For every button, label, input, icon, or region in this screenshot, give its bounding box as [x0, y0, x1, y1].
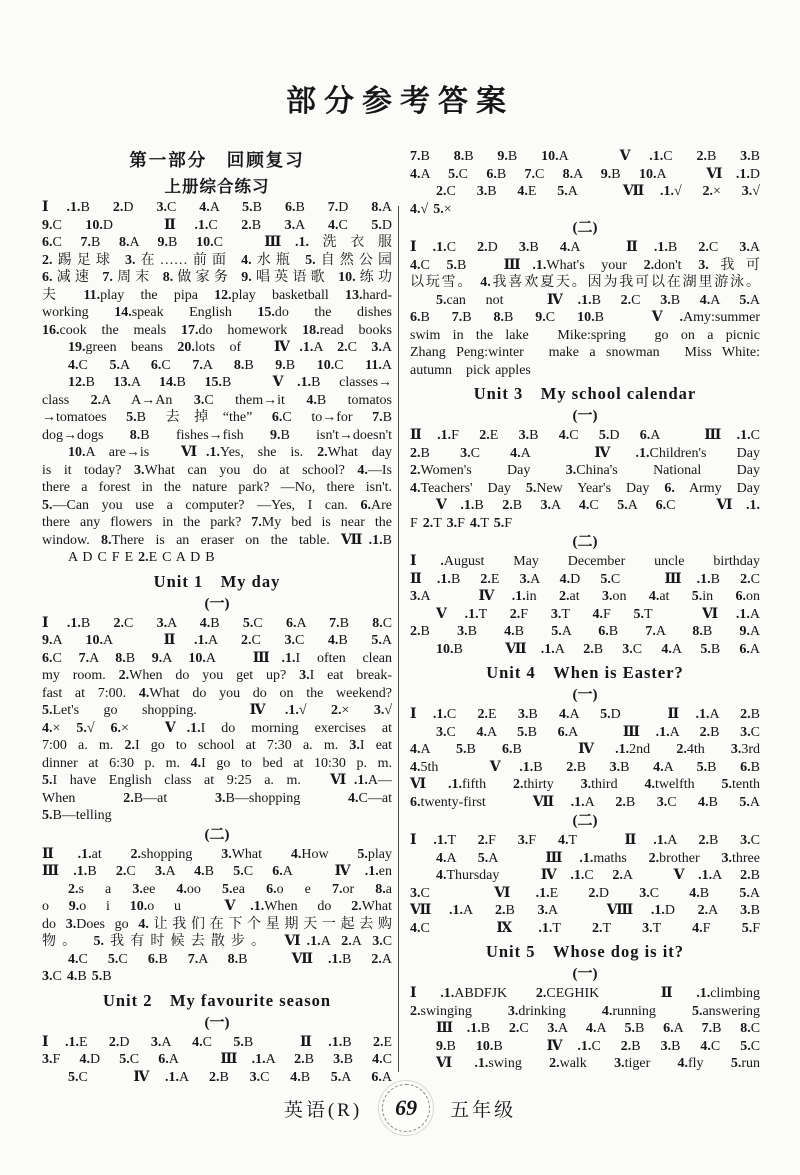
- subsection-heading: (二): [410, 811, 760, 832]
- answer-line: class 2.A A→An 3.C them→it 4.B tomatos: [42, 392, 392, 410]
- answer-line: Ⅰ.1.T 2.F 3.F 4.T Ⅱ.1.A 2.B 3.C: [410, 832, 760, 850]
- answer-line: 4.A 5.B 6.B Ⅳ.1.2nd 2.4th 3.3rd: [410, 741, 760, 759]
- answer-line: →tomatoes 5.B 去掉“the” 6.C to→for 7.B: [42, 409, 392, 427]
- answer-line: 5.I have English class at 9:25 a. m. Ⅵ.1…: [42, 772, 392, 790]
- page-number-badge: 69: [382, 1084, 430, 1132]
- answer-line: 3.C 4.B 5.B: [42, 968, 392, 986]
- answer-line: 夫 11.play the pipa 12.play basketball 13…: [42, 287, 392, 305]
- answer-line: 4.5th Ⅴ.1.B 2.B 3.B 4.A 5.B 6.B: [410, 759, 760, 777]
- page-title: 部分参考答案: [0, 76, 800, 120]
- answer-line: Ⅲ.1.B 2.C 3.A 4.B 5.C 6.A Ⅳ.1.en: [42, 863, 392, 881]
- answer-line: Ⅴ.1.B 2.B 3.A 4.C 5.A 6.C Ⅵ.1.: [410, 497, 760, 515]
- answer-line: Ⅱ.1.at 2.shopping 3.What 4.How 5.play: [42, 846, 392, 864]
- answer-line: there a forest in the nature park? —No, …: [42, 479, 392, 497]
- subsection-heading: (二): [42, 825, 392, 846]
- answer-line: do 3.Does go 4.让我们在下个星期天一起去购: [42, 916, 392, 934]
- subsection-heading: (一): [42, 594, 392, 615]
- answer-line: window. 8.There is an eraser on the tabl…: [42, 532, 392, 550]
- answer-line: 10.A are→is Ⅵ.1.Yes, she is. 2.What day: [42, 444, 392, 462]
- answer-line: 9.A 10.A Ⅱ.1.A 2.C 3.C 4.B 5.A: [42, 632, 392, 650]
- answer-line: dinner at 6:30 p. m. 4.I go to bed at 10…: [42, 755, 392, 773]
- answer-line: F 2.T 3.F 4.T 5.F: [410, 515, 760, 533]
- answer-line: dog→dogs 8.B fishes→fish 9.B isn't→doesn…: [42, 427, 392, 445]
- answer-line: Ⅲ.1.B 2.C 3.A 4.A 5.B 6.A 7.B 8.C: [410, 1020, 760, 1038]
- unit-heading: Unit 5 Whose dog is it?: [410, 939, 760, 964]
- subsection-heading: (一): [410, 685, 760, 706]
- answer-line: 4.× 5.√ 6.× Ⅴ.1.I do morning exercises a…: [42, 720, 392, 738]
- answer-line: 6.减速 7.周末 8.做家务 9.唱英语歌 10.练功: [42, 269, 392, 287]
- answer-line: Ⅰ.1.C 2.D 3.B 4.A Ⅱ.1.B 2.C 3.A: [410, 239, 760, 257]
- page-footer: 英语(R) 69 五年级: [0, 1084, 800, 1132]
- answer-line: When 2.B—at 3.B—shopping 4.C—at: [42, 790, 392, 808]
- answer-line: 7.B 8.B 9.B 10.A Ⅴ.1.C 2.B 3.B: [410, 148, 760, 166]
- answer-line: 3.C Ⅵ.1.E 2.D 3.C 4.B 5.A: [410, 885, 760, 903]
- subsection-heading: (二): [410, 532, 760, 553]
- answer-line: 6.C 7.A 8.B 9.A 10.A Ⅲ.1.I often clean: [42, 650, 392, 668]
- answer-line: 3.F 4.D 5.C 6.A Ⅲ.1.A 2.B 3.B 4.C: [42, 1051, 392, 1069]
- answer-line: 10.B Ⅶ.1.A 2.B 3.C 4.A 5.B 6.A: [410, 641, 760, 659]
- answer-line: 4.C 5.B Ⅲ.1.What's your 2.don't 3.我可: [410, 257, 760, 275]
- answer-line: 4.√ 5.×: [410, 201, 760, 219]
- footer-subject-label: 英语(R): [284, 1095, 362, 1122]
- subsection-heading: (一): [42, 1013, 392, 1034]
- answer-line: 9.C 10.D Ⅱ.1.C 2.B 3.A 4.C 5.D: [42, 217, 392, 235]
- answer-line: 4.C 5.A 6.C 7.A 8.B 9.B 10.C 11.A: [42, 357, 392, 375]
- right-column: 7.B 8.B 9.B 10.A Ⅴ.1.C 2.B 3.B4.A 5.C 6.…: [410, 148, 760, 1073]
- answer-line: swim in the lake Mike:spring go on a pic…: [410, 327, 760, 345]
- answer-line: 4.A 5.A Ⅲ.1.maths 2.brother 3.three: [410, 850, 760, 868]
- answer-line: Ⅵ.1.swing 2.walk 3.tiger 4.fly 5.run: [410, 1055, 760, 1073]
- answer-line: Ⅰ.1.B 2.C 3.A 4.B 5.C 6.A 7.B 8.C: [42, 615, 392, 633]
- answer-line: 2.swinging 3.drinking 4.running 5.answer…: [410, 1003, 760, 1021]
- answer-line: 6.B 7.B 8.B 9.C 10.B Ⅴ.Amy:summer: [410, 309, 760, 327]
- answer-line: Ⅰ.1.C 2.E 3.B 4.A 5.D Ⅱ.1.A 2.B: [410, 706, 760, 724]
- answer-line: 7:00 a. m. 2.I go to school at 7:30 a. m…: [42, 737, 392, 755]
- footer-grade-label: 五年级: [450, 1095, 516, 1122]
- answer-line: 4.Teachers' Day 5.New Year's Day 6. Army…: [410, 480, 760, 498]
- part-heading: 第一部分 回顾复习: [42, 148, 392, 172]
- answer-line: 4.Thursday Ⅳ.1.C 2.A Ⅴ.1.A 2.B: [410, 867, 760, 885]
- unit-heading: Unit 4 When is Easter?: [410, 660, 760, 685]
- answer-line: 以玩雪。 4.我喜欢夏天。因为我可以在湖里游泳。: [410, 274, 760, 292]
- answer-line: 12.B 13.A 14.B 15.B Ⅴ.1.B classes→: [42, 374, 392, 392]
- answer-line: Ⅵ.1.fifth 2.thirty 3.third 4.twelfth 5.t…: [410, 776, 760, 794]
- answer-line: 2.s a 3.ee 4.oo 5.ea 6.o e 7.or 8.a: [42, 881, 392, 899]
- unit-heading: Unit 2 My favourite season: [42, 988, 392, 1013]
- answer-line: 3.C 4.A 5.B 6.A Ⅲ.1.A 2.B 3.C: [410, 724, 760, 742]
- answer-line: 2.Women's Day 3.China's National Day: [410, 462, 760, 480]
- left-column: 第一部分 回顾复习上册综合练习Ⅰ.1.B 2.D 3.C 4.A 5.B 6.B…: [42, 148, 392, 1086]
- answer-line: 物。 5.我有时候去散步。 Ⅵ.1.A 2.A 3.C: [42, 933, 392, 951]
- answer-line: working 14.speak English 15.do the dishe…: [42, 304, 392, 322]
- unit-heading: Unit 1 My day: [42, 569, 392, 594]
- answer-line: Ⅱ.1.B 2.E 3.A 4.D 5.C Ⅲ.1.B 2.C: [410, 571, 760, 589]
- unit-heading: 上册综合练习: [42, 174, 392, 199]
- answer-line: A D C F E 2.E C A D B: [42, 549, 392, 567]
- answer-line: autumn pick apples: [410, 362, 760, 380]
- answer-line: is it today? 3.What can you do at school…: [42, 462, 392, 480]
- column-divider: [398, 206, 399, 1072]
- answer-line: Zhang Peng:winter make a snowman Miss Wh…: [410, 344, 760, 362]
- answer-line: 4.C Ⅸ.1.T 2.T 3.T 4.F 5.F: [410, 920, 760, 938]
- answer-line: 5.—Can you use a computer? —Yes, I can. …: [42, 497, 392, 515]
- answer-line: Ⅰ.1.B 2.D 3.C 4.A 5.B 6.B 7.D 8.A: [42, 199, 392, 217]
- subsection-heading: (二): [410, 218, 760, 239]
- answer-line: there any flowers in the park? 7.My bed …: [42, 514, 392, 532]
- answer-line: 2.C 3.B 4.E 5.A Ⅶ.1.√ 2.× 3.√: [410, 183, 760, 201]
- answer-line: 4.A 5.C 6.B 7.C 8.A 9.B 10.A Ⅵ.1.D: [410, 166, 760, 184]
- answer-line: 2.踢足球 3.在……前面 4.水瓶 5.自然公园: [42, 252, 392, 270]
- answer-line: 2.B 3.B 4.B 5.A 6.B 7.A 8.B 9.A: [410, 623, 760, 641]
- answer-line: 5.can not Ⅳ.1.B 2.C 3.B 4.A 5.A: [410, 292, 760, 310]
- subsection-heading: (一): [410, 406, 760, 427]
- answer-line: 6.twenty-first Ⅶ.1.A 2.B 3.C 4.B 5.A: [410, 794, 760, 812]
- answer-line: 19.green beans 20.lots of Ⅳ.1.A 2.C 3.A: [42, 339, 392, 357]
- answer-line: Ⅰ.August May December uncle birthday: [410, 553, 760, 571]
- answer-line: 4.C 5.C 6.B 7.A 8.B Ⅶ.1.B 2.A: [42, 951, 392, 969]
- subsection-heading: (一): [410, 964, 760, 985]
- answer-line: 5.Let's go shopping. Ⅳ.1.√ 2.× 3.√: [42, 702, 392, 720]
- answer-line: 9.B 10.B Ⅳ.1.C 2.B 3.B 4.C 5.C: [410, 1038, 760, 1056]
- answer-line: Ⅶ.1.A 2.B 3.A Ⅷ.1.D 2.A 3.B: [410, 902, 760, 920]
- answer-line: 2.B 3.C 4.A Ⅳ.1.Children's Day: [410, 445, 760, 463]
- unit-heading: Unit 3 My school calendar: [410, 381, 760, 406]
- answer-line: my room. 2.When do you get up? 3.I eat b…: [42, 667, 392, 685]
- answer-line: fast at 7:00. 4.What do you do on the we…: [42, 685, 392, 703]
- answer-line: Ⅰ.1.E 2.D 3.A 4.C 5.B Ⅱ.1.B 2.E: [42, 1034, 392, 1052]
- answer-line: 16.cook the meals 17.do homework 18.read…: [42, 322, 392, 340]
- answer-line: o 9.o i 10.o u Ⅴ.1.When do 2.What: [42, 898, 392, 916]
- answer-line: Ⅱ.1.F 2.E 3.B 4.C 5.D 6.A Ⅲ.1.C: [410, 427, 760, 445]
- answer-line: 3.A Ⅳ.1.in 2.at 3.on 4.at 5.in 6.on: [410, 588, 760, 606]
- answer-line: 6.C 7.B 8.A 9.B 10.C Ⅲ.1.洗衣服: [42, 234, 392, 252]
- answer-line: 5.B—telling: [42, 807, 392, 825]
- answer-line: Ⅰ.1.ABDFJK 2.CEGHIK Ⅱ.1.climbing: [410, 985, 760, 1003]
- answer-line: Ⅴ.1.T 2.F 3.T 4.F 5.T Ⅵ.1.A: [410, 606, 760, 624]
